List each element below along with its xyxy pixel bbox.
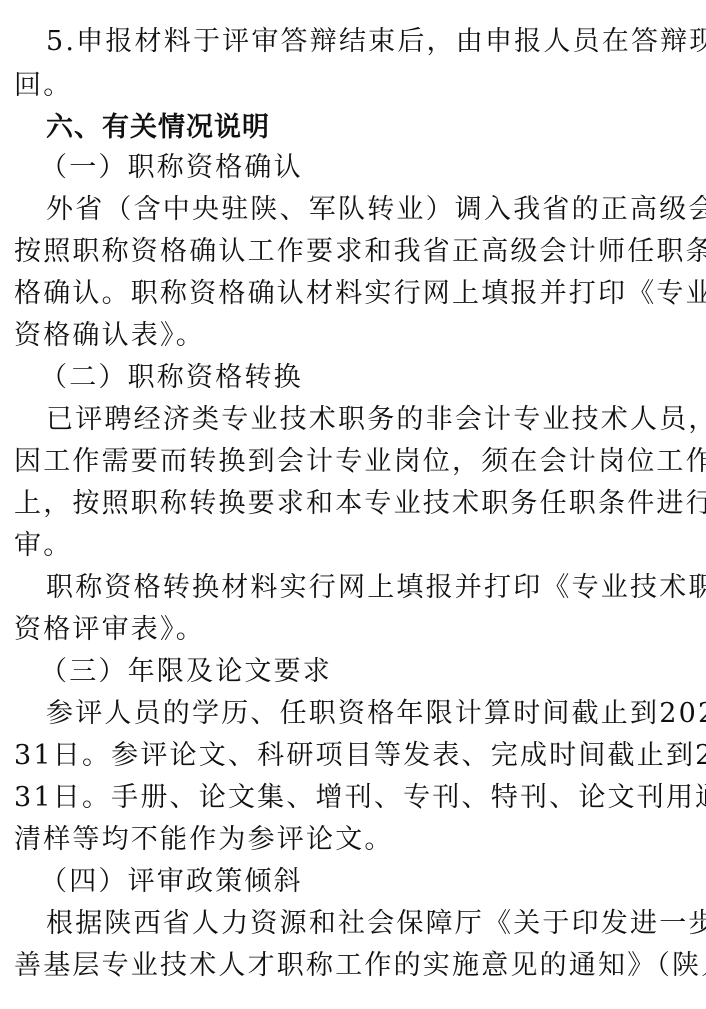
subsection-heading: （四）评审政策倾斜 [40,862,706,902]
paragraph-line: 5.申报材料于评审答辩结束后，由申报人员在答辩现场领 [46,22,706,62]
paragraph-line: 职称资格转换材料实行网上填报并打印《专业技术职务任职 [46,568,706,608]
subsection-heading: （一）职称资格确认 [40,148,706,188]
paragraph-line: 清样等均不能作为参评论文。 [14,820,706,860]
paragraph-line: 审。 [14,526,706,566]
paragraph-line: 外省（含中央驻陕、军队转业）调入我省的正高级会计师， [46,190,706,230]
paragraph-line: 参评人员的学历、任职资格年限计算时间截止到2021年12月 [46,694,706,734]
paragraph-line: 31日。参评论文、科研项目等发表、完成时间截止到2021年7月 [14,736,706,776]
paragraph-line: 格确认。职称资格确认材料实行网上填报并打印《专业技术职称 [14,274,706,314]
paragraph-line: 上，按照职称转换要求和本专业技术职务任职条件进行转换评 [14,484,706,524]
paragraph-line: 善基层专业技术人才职称工作的实施意见的通知》（陕人社发 [14,946,706,986]
section-heading: 六、有关情况说明 [46,108,706,148]
paragraph-line: 已评聘经济类专业技术职务的非会计专业技术人员，本人确 [46,400,706,440]
paragraph-line: 根据陕西省人力资源和社会保障厅《关于印发进一步改革完 [46,904,706,944]
paragraph-line: 按照职称资格确认工作要求和我省正高级会计师任职条件进行资 [14,232,706,272]
paragraph-line: 资格确认表》。 [14,316,706,356]
paragraph-line: 资格评审表》。 [14,610,706,650]
paragraph-line: 回。 [14,66,706,106]
subsection-heading: （三）年限及论文要求 [40,652,706,692]
paragraph-line: 31日。手册、论文集、增刊、专刊、特刊、论文刊用通知、用稿 [14,778,706,818]
paragraph-line: 因工作需要而转换到会计专业岗位，须在会计岗位工作满一年以 [14,442,706,482]
subsection-heading: （二）职称资格转换 [40,358,706,398]
